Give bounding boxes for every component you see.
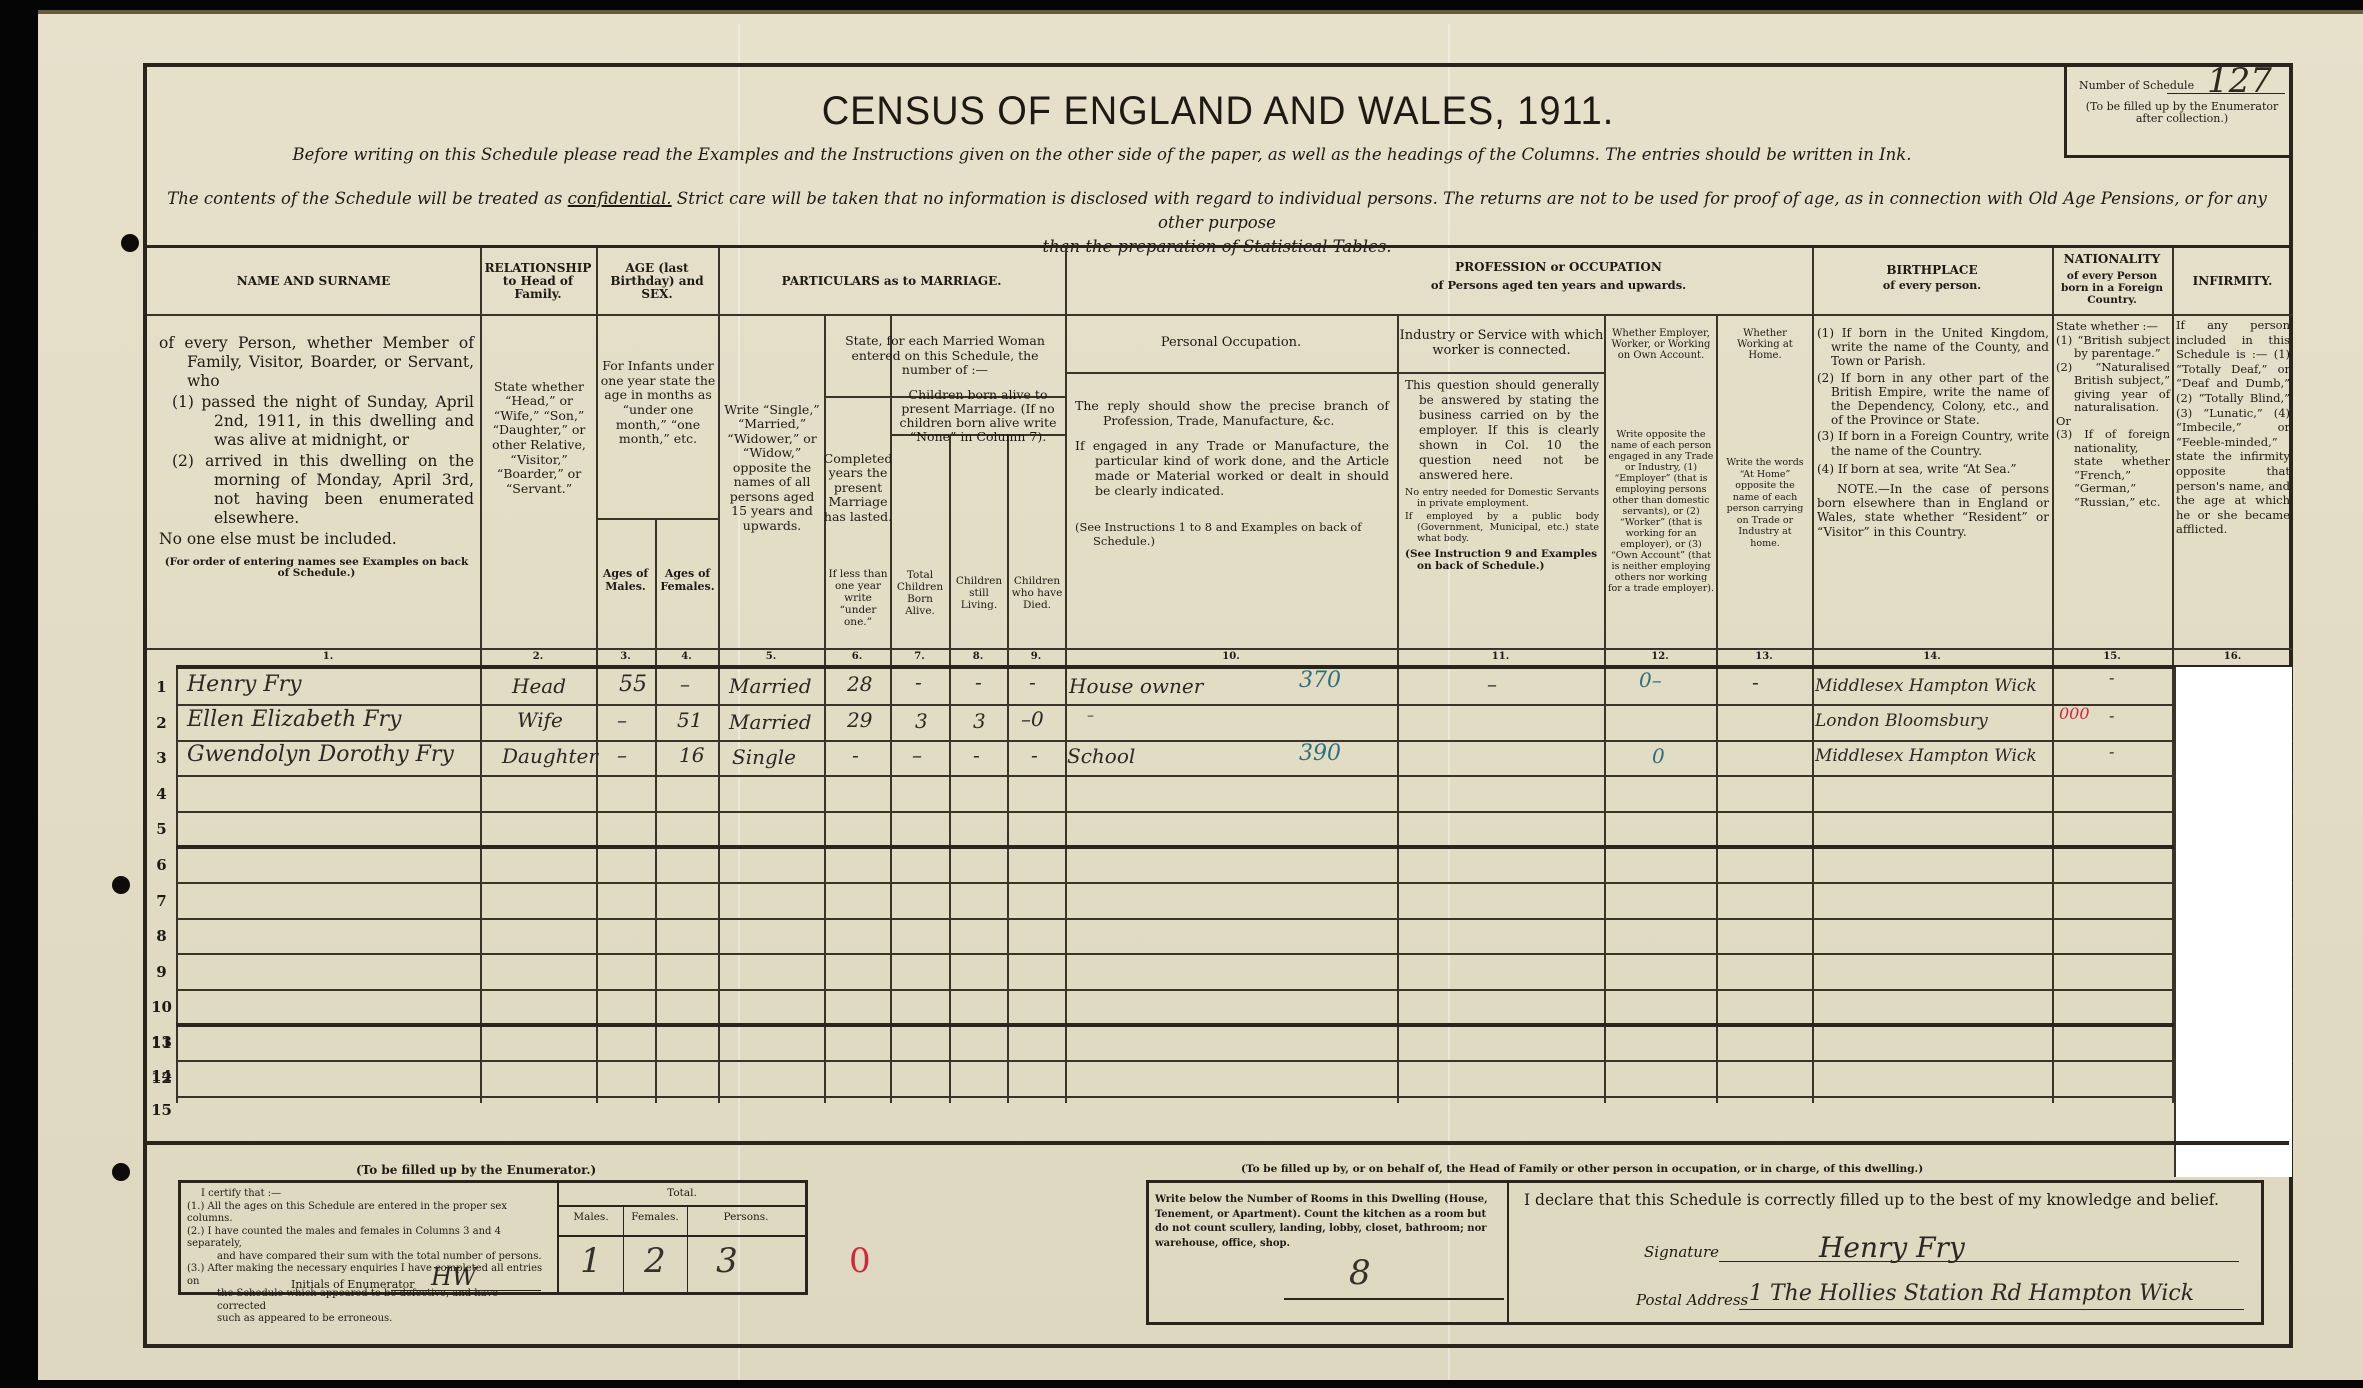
table-row[interactable] [176, 955, 2172, 989]
cell-employer[interactable]: 0– [1639, 668, 1662, 692]
header-nationality-body: State whether :— (1) “British subject by… [2056, 320, 2170, 509]
cell-birthplace[interactable]: London Bloomsbury [1815, 711, 1988, 731]
redacted-infirmity-column [2174, 667, 2292, 1177]
row-number: 9 [147, 963, 176, 981]
table-row[interactable] [176, 777, 2172, 810]
table-row[interactable] [176, 849, 2172, 882]
table-row[interactable] [176, 813, 2172, 845]
cell-children-living[interactable]: 3 [973, 709, 986, 733]
red-check-mark: 000 [2059, 704, 2090, 723]
row-number: 8 [147, 927, 176, 945]
cell-relationship[interactable]: Daughter [502, 744, 598, 768]
header-personal-occupation: Personal Occupation. [1065, 314, 1397, 372]
header-home-body: Write the words “At Home” opposite the n… [1719, 388, 1811, 618]
cell-age-male[interactable]: – [617, 708, 627, 732]
header-nationality-subtitle: of every Person born in a Foreign Countr… [2052, 266, 2172, 310]
cell-condition[interactable]: Married [729, 674, 812, 698]
cell-condition[interactable]: Single [732, 745, 796, 769]
confidential-underlined: confidential. [568, 189, 672, 208]
cell-age-male[interactable]: – [617, 743, 627, 767]
cell-nationality[interactable]: - [2109, 742, 2114, 761]
cell-condition[interactable]: Married [729, 710, 812, 734]
header-birthplace-body: (1) If born in the United Kingdom, write… [1817, 326, 2049, 539]
cell-birthplace[interactable]: Middlesex Hampton Wick [1815, 746, 2037, 766]
cell-years-married[interactable]: 29 [847, 708, 872, 732]
header-children-living: Children still Living. [951, 558, 1007, 628]
cell-occupation[interactable]: School [1067, 744, 1135, 768]
header-age-body: For Infants under one year state the age… [599, 338, 717, 468]
cell-home[interactable]: - [1752, 670, 1759, 694]
row-number: 10 [147, 998, 176, 1016]
cell-age-female[interactable]: – [680, 672, 690, 696]
header-infirmity-body: If any person included in this Schedule … [2176, 318, 2290, 646]
header-children-total: Total Children Born Alive. [891, 558, 949, 628]
cell-children-died[interactable]: - [1029, 670, 1036, 694]
header-condition-body: Write “Single,” “Married,” “Widower,” or… [721, 368, 823, 568]
table-row[interactable] [176, 1027, 2172, 1060]
header-age-title: AGE (last Birthday) and SEX. [596, 252, 718, 310]
header-home: Whether Working at Home. [1718, 314, 1812, 374]
header-birthplace-subtitle: of every person. [1812, 276, 2052, 294]
cell-children-died[interactable]: - [1031, 743, 1038, 767]
header-marriage-title: PARTICULARS as to MARRIAGE. [718, 248, 1065, 314]
cell-occupation-code[interactable]: 370 [1299, 668, 1341, 693]
punch-hole [112, 876, 130, 894]
cell-relationship[interactable]: Wife [517, 708, 563, 732]
table-row[interactable] [176, 991, 2172, 1023]
header-infirmity-title: INFIRMITY. [2172, 248, 2293, 314]
household-table: NAME AND SURNAME RELATIONSHIP to Head of… [147, 245, 2293, 1100]
punch-hole [121, 234, 139, 252]
cell-birthplace[interactable]: Middlesex Hampton Wick [1815, 676, 2037, 696]
cell-years-married[interactable]: 28 [847, 672, 872, 696]
row-number: 3 [147, 749, 176, 767]
cell-age-male[interactable]: 55 [619, 672, 647, 697]
header-personal-occupation-body: The reply should show the precise branch… [1075, 398, 1389, 548]
header-children-died: Children who have Died. [1009, 558, 1065, 628]
row-number: 11 [147, 1034, 176, 1052]
header-employer: Whether Employer, Worker, or Working on … [1606, 314, 1716, 374]
punch-hole [112, 1163, 130, 1181]
header-ages-females: Ages of Females. [657, 520, 718, 640]
header-relationship-title: RELATIONSHIP to Head of Family. [480, 252, 596, 310]
row-number: 12 [147, 1069, 176, 1087]
cell-children-total[interactable]: - [915, 670, 922, 694]
row-number: 4 [147, 785, 176, 803]
cell-employer[interactable]: 0 [1652, 744, 1665, 768]
cell-age-female[interactable]: 16 [679, 743, 704, 767]
table-row[interactable] [176, 920, 2172, 953]
header-industry: Industry or Service with which worker is… [1399, 314, 1604, 372]
intro-instructions: Before writing on this Schedule please r… [147, 145, 2057, 164]
cell-years-married[interactable]: - [852, 743, 859, 767]
header-name-title: NAME AND SURNAME [147, 248, 480, 314]
cell-industry[interactable]: – [1487, 672, 1497, 696]
row-number: 5 [147, 820, 176, 838]
cell-relationship[interactable]: Head [512, 674, 566, 698]
header-children-born: Children born alive to present Marriage.… [893, 398, 1063, 434]
cell-children-total[interactable]: 3 [915, 709, 928, 733]
cell-nationality[interactable]: - [2109, 706, 2114, 725]
cell-occupation[interactable]: – [1087, 708, 1094, 724]
header-employer-body: Write opposite the name of each person e… [1607, 378, 1715, 644]
header-ages-males: Ages of Males. [596, 520, 655, 640]
cell-children-living[interactable]: - [973, 743, 980, 767]
cell-occupation[interactable]: House owner [1069, 674, 1203, 698]
cell-occupation-code[interactable]: 390 [1299, 741, 1341, 766]
cell-age-female[interactable]: 51 [677, 708, 702, 732]
table-row[interactable] [176, 1062, 2172, 1096]
cell-name[interactable]: Gwendolyn Dorothy Fry [187, 742, 454, 767]
header-relationship-body: State whether “Head,” or “Wife,” “Son,” … [483, 338, 595, 538]
page-title: CENSUS OF ENGLAND AND WALES, 1911. [201, 89, 2236, 134]
cell-children-total[interactable]: – [912, 743, 922, 767]
header-married-woman: State, for each Married Woman entered on… [827, 318, 1063, 394]
header-years-married: Completed years the present Marriage has… [827, 408, 889, 568]
schedule-number-box: Number of Schedule 127 (To be filled up … [2064, 63, 2293, 158]
table-row[interactable] [176, 884, 2172, 918]
header-years-note: If less than one year write “under one.” [827, 568, 889, 628]
schedule-number-note: (To be filled up by the Enumerator after… [2073, 101, 2291, 125]
cell-children-died[interactable]: –0 [1021, 707, 1044, 731]
schedule-number-label: Number of Schedule [2079, 79, 2194, 92]
header-industry-body: This question should generally be answer… [1405, 378, 1599, 572]
row-number: 6 [147, 856, 176, 874]
header-name-body: of every Person, whether Member of Famil… [159, 334, 474, 579]
cell-name[interactable]: Henry Fry [187, 672, 302, 697]
schedule-number-value[interactable]: 127 [2207, 61, 2272, 101]
schedule-frame: CENSUS OF ENGLAND AND WALES, 1911. Befor… [143, 63, 2293, 1348]
cell-name[interactable]: Ellen Elizabeth Fry [187, 707, 401, 732]
row-number: 7 [147, 892, 176, 910]
row-number: 2 [147, 714, 176, 732]
row-number: 1 [147, 678, 176, 696]
cell-nationality[interactable]: - [2109, 668, 2114, 687]
cell-children-living[interactable]: - [975, 670, 982, 694]
